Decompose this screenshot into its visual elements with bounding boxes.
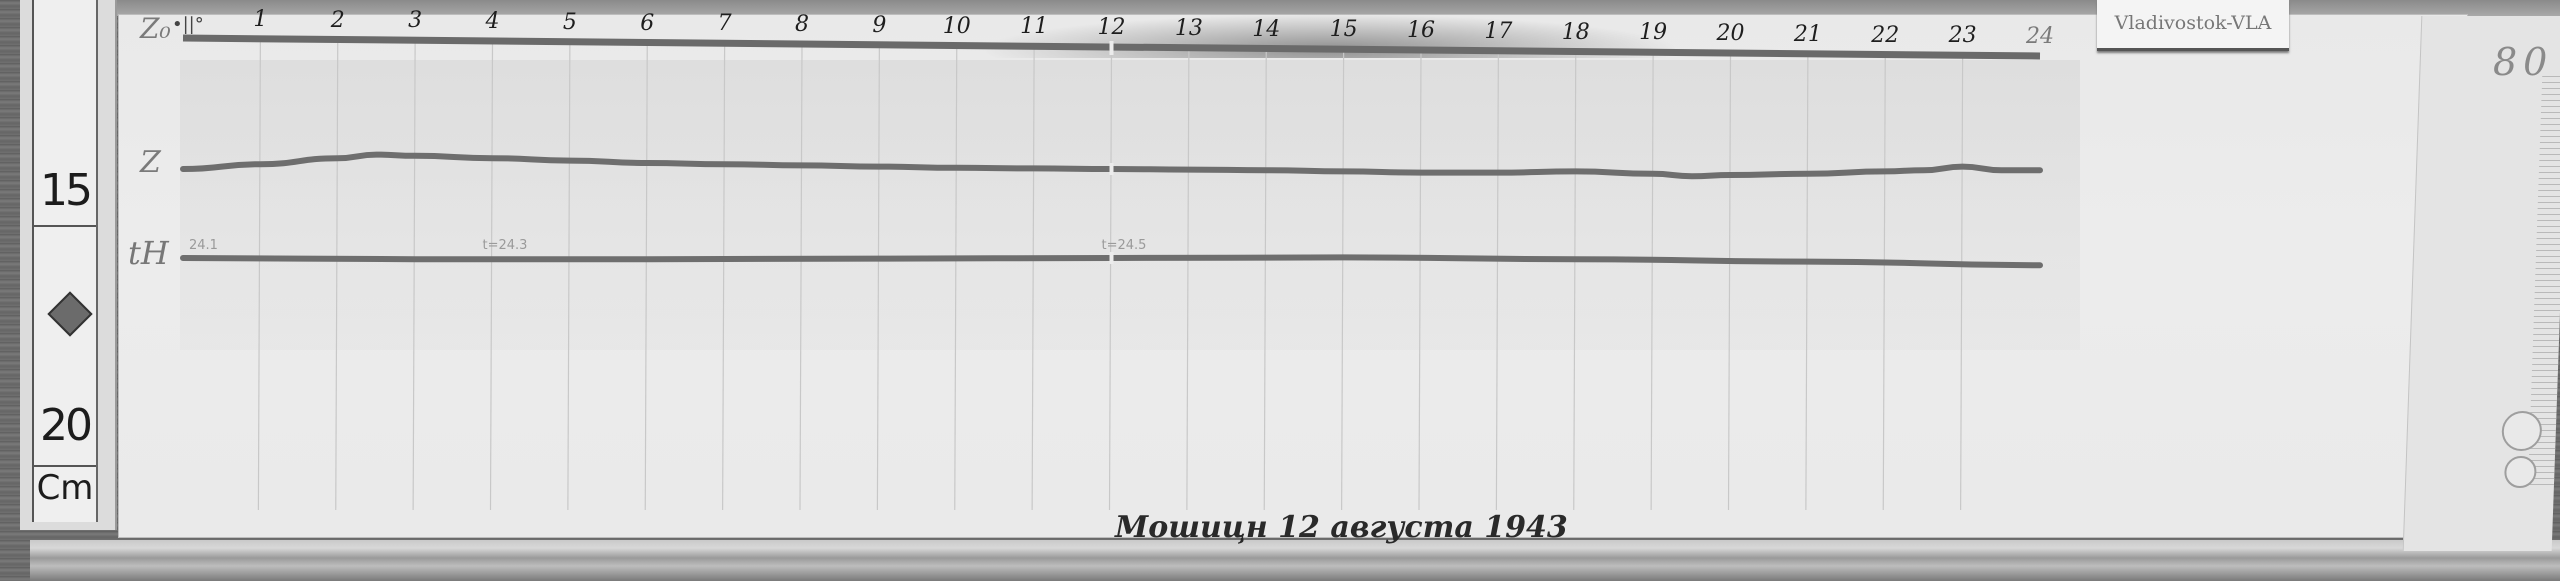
baseline-label: Z₀ xyxy=(140,12,171,45)
hour-label-4: 4 xyxy=(486,9,500,34)
hour-label-12: 12 xyxy=(1098,15,1126,40)
series-label-z: Z xyxy=(140,145,161,180)
hour-label-5: 5 xyxy=(563,10,577,35)
hour-gridline xyxy=(1729,55,1731,510)
temperature-note: 24.1 xyxy=(189,238,218,253)
hour-gridline xyxy=(955,48,957,511)
right-scale-ruler xyxy=(2403,16,2560,551)
hour-gridline xyxy=(413,42,415,510)
hour-gridline xyxy=(1883,57,1885,511)
hour-label-17: 17 xyxy=(1484,19,1512,44)
hour-gridline xyxy=(568,44,570,510)
temperature-note: t=24.3 xyxy=(483,238,528,253)
station-tag: Vladivostok-VLA xyxy=(2097,0,2289,51)
sheet-number: 80 xyxy=(2493,40,2553,84)
hour-label-6: 6 xyxy=(640,11,654,36)
hour-label-11: 11 xyxy=(1020,14,1048,39)
temperature-note: t=24.5 xyxy=(1102,238,1147,253)
hour-label-10: 10 xyxy=(943,14,971,39)
hour-gridline xyxy=(1651,54,1653,510)
hour-gridline xyxy=(1187,50,1189,510)
hour-gridline xyxy=(1419,52,1421,510)
hour-label-22: 22 xyxy=(1871,23,1899,48)
hour-label-9: 9 xyxy=(872,13,886,38)
hour-label-15: 15 xyxy=(1330,17,1358,42)
hour-label-23: 23 xyxy=(1949,23,1977,48)
hour-label-20: 20 xyxy=(1717,21,1745,46)
hour-gridline xyxy=(1574,54,1576,511)
hour-label-13: 13 xyxy=(1175,16,1203,41)
hour-label-2: 2 xyxy=(331,8,345,33)
series-label-h: tH xyxy=(128,234,169,272)
hour-label-19: 19 xyxy=(1639,20,1667,45)
hour-gridline xyxy=(645,45,647,511)
hour-label-14: 14 xyxy=(1252,17,1280,42)
date-caption: Мошицн 12 августа 1943 xyxy=(1115,510,1568,545)
hour-label-1: 1 xyxy=(253,7,267,32)
hour-label-7: 7 xyxy=(718,11,732,36)
baseline-annotation: •||° xyxy=(172,14,204,35)
hour-gridline xyxy=(1110,49,1112,510)
hour-gridline xyxy=(336,42,338,511)
hour-gridline xyxy=(1342,51,1344,510)
hour-label-21: 21 xyxy=(1794,22,1822,47)
hour-label-18: 18 xyxy=(1562,20,1590,45)
hour-gridline xyxy=(1496,53,1498,510)
hour-label-24: 24 xyxy=(2026,24,2054,49)
hour-gridline xyxy=(800,46,802,510)
hour-gridline xyxy=(491,43,493,510)
hour-label-16: 16 xyxy=(1407,18,1435,43)
hour-gridline xyxy=(877,47,879,510)
magnetogram-chart xyxy=(0,0,2560,581)
hour-label-3: 3 xyxy=(408,8,422,33)
hour-gridline xyxy=(1264,51,1266,511)
hour-label-8: 8 xyxy=(795,12,809,37)
hour-gridline xyxy=(1032,48,1034,510)
hour-gridline xyxy=(258,41,260,510)
hour-gridline xyxy=(1806,56,1808,510)
hour-gridline xyxy=(723,45,725,510)
hour-gridline xyxy=(1961,57,1963,510)
